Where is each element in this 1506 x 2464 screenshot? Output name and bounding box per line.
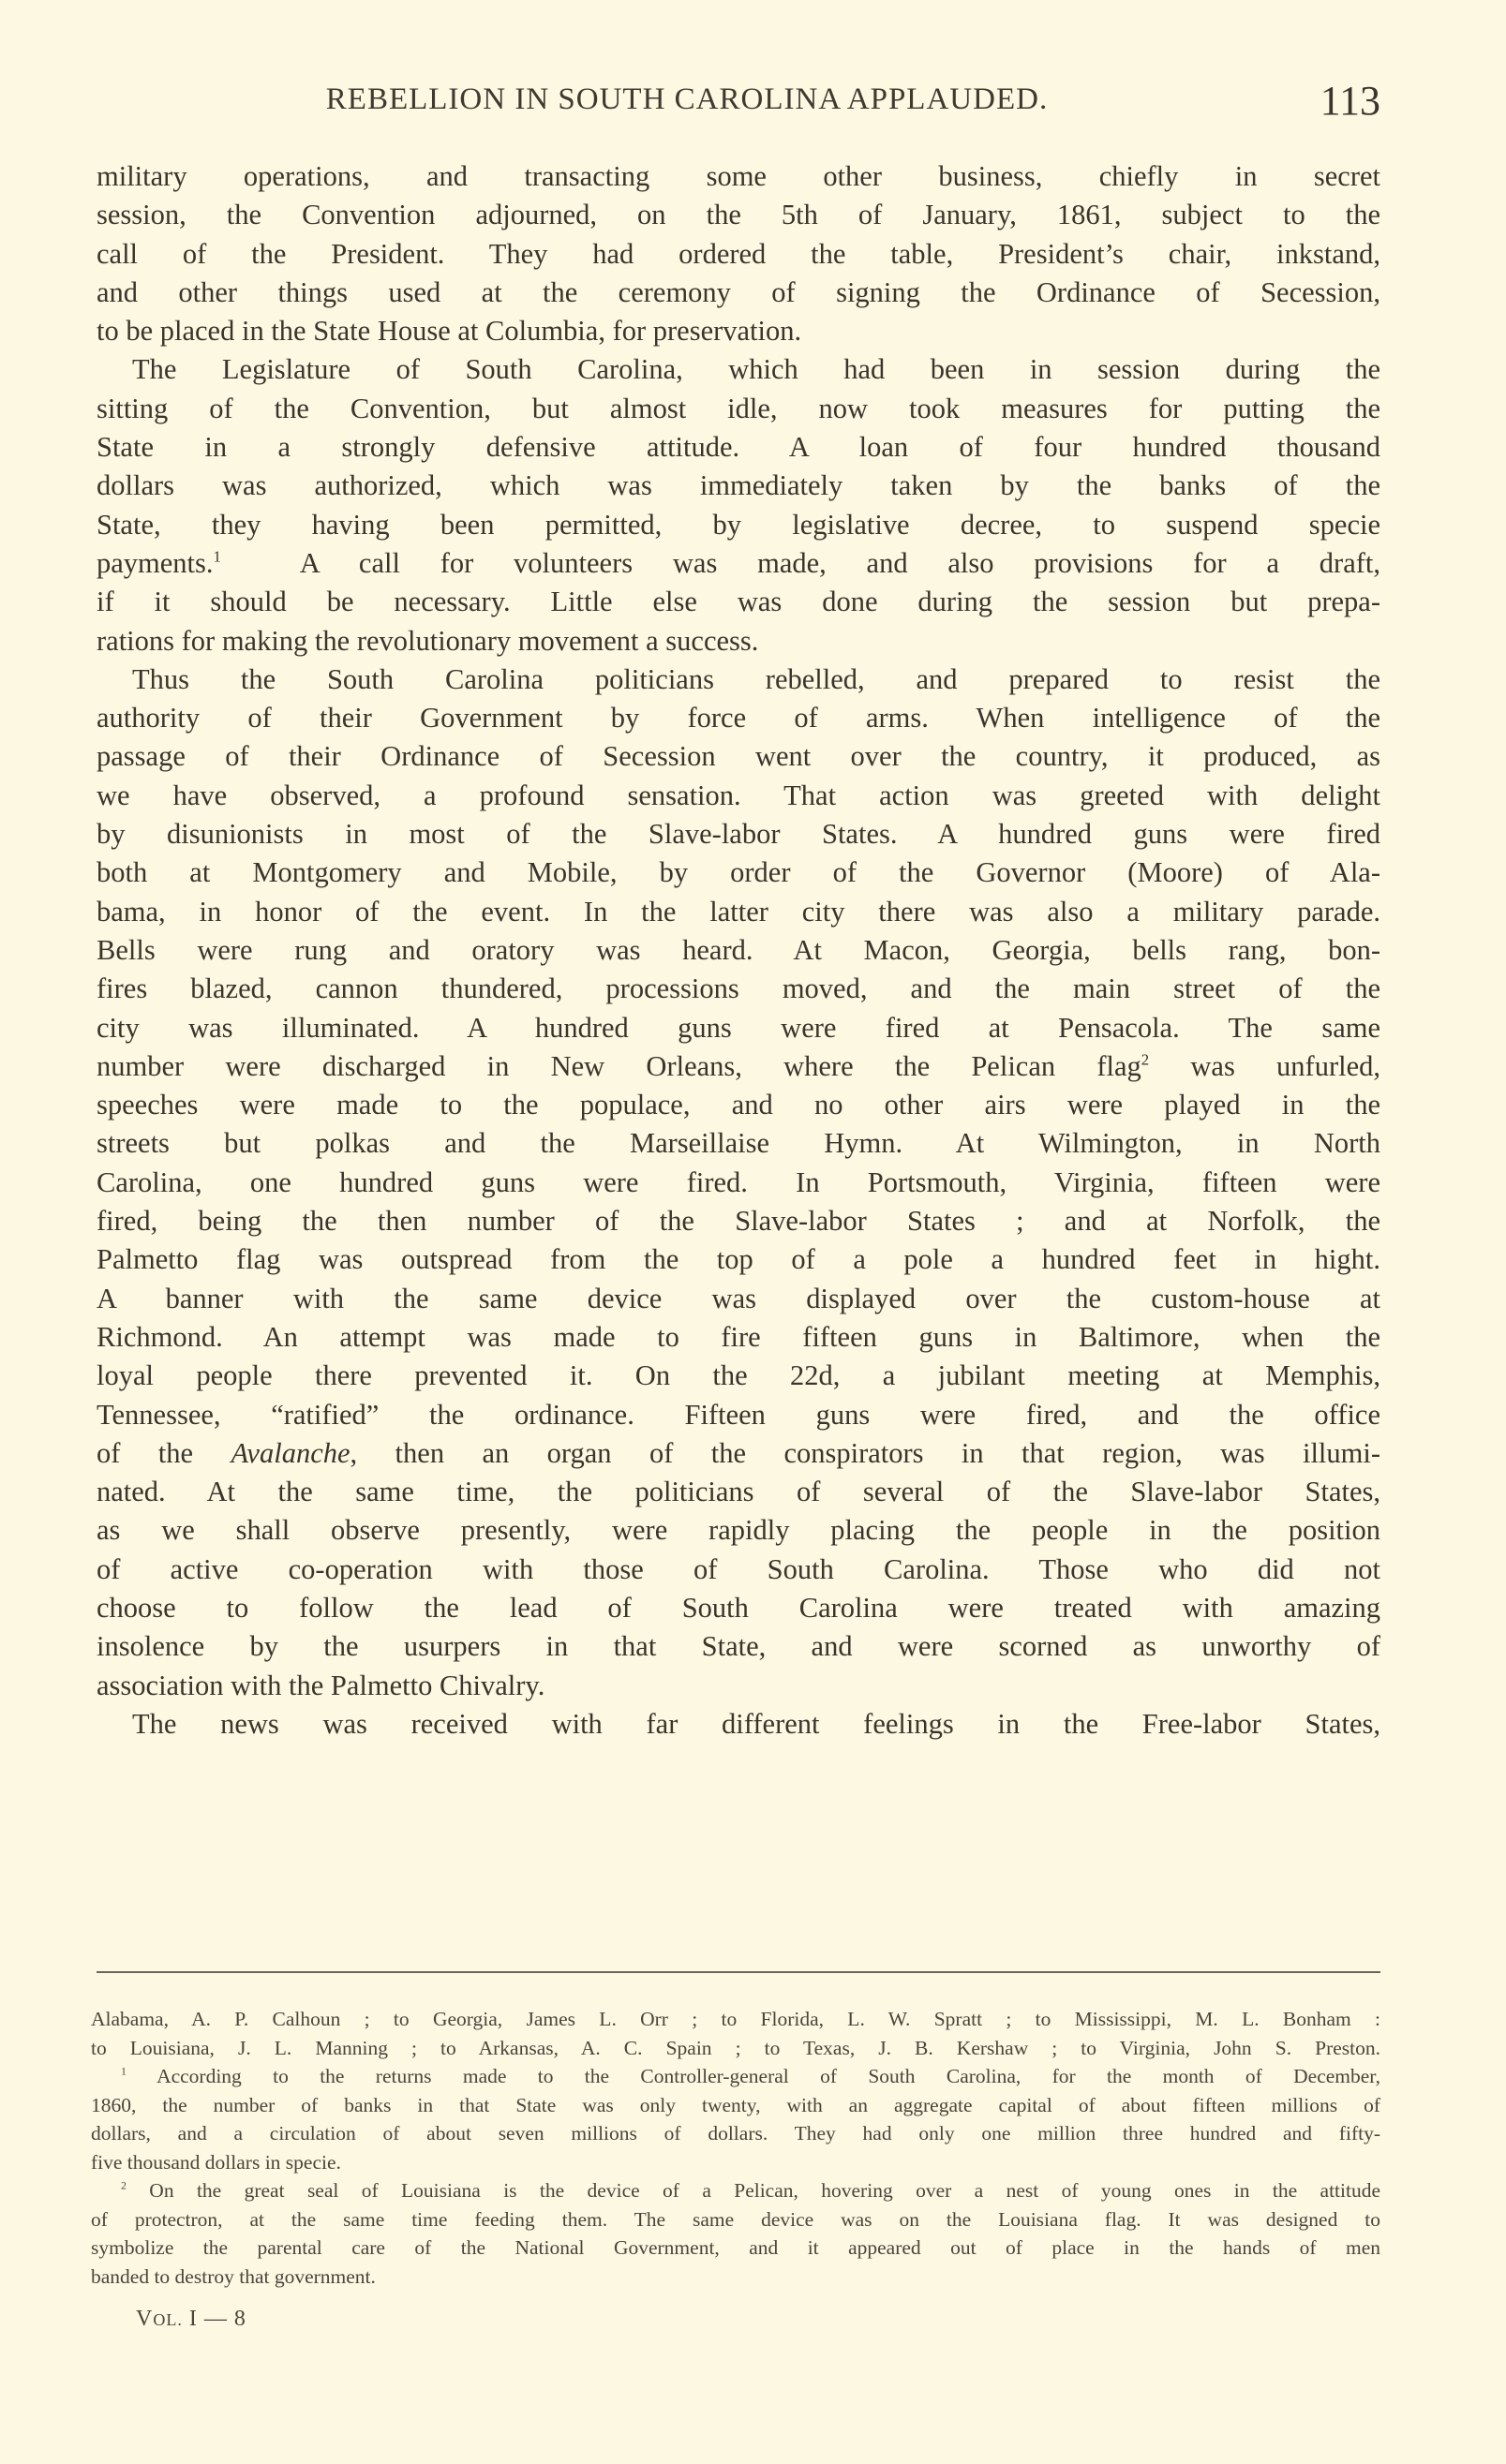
footnote-line: dollars, and a circulation of about seve… bbox=[91, 2119, 1380, 2148]
signature-number: I — 8 bbox=[183, 2307, 246, 2331]
text-line: military operations, and transacting som… bbox=[97, 157, 1380, 196]
footnote-line: 1860, the number of banks in that State … bbox=[91, 2091, 1380, 2120]
footnote-marker-1: 1 bbox=[121, 2065, 127, 2078]
footnote-divider bbox=[97, 1971, 1380, 1973]
text-line: passage of their Ordinance of Secession … bbox=[97, 737, 1380, 776]
text-line: Bells were rung and oratory was heard. A… bbox=[97, 931, 1380, 970]
footnote-line: Alabama, A. P. Calhoun ; to Georgia, Jam… bbox=[91, 2005, 1380, 2034]
text-line: to be placed in the State House at Colum… bbox=[97, 312, 1380, 350]
footnote-line: banded to destroy that government. bbox=[91, 2263, 1380, 2292]
footnote-ref-1[interactable]: 1 bbox=[214, 547, 221, 565]
footnote-1-start: 1 According to the returns made to the C… bbox=[91, 2062, 1380, 2091]
text-fragment: was unfurled, bbox=[1149, 1050, 1380, 1082]
footnote-line: of protectron, at the same time feeding … bbox=[91, 2205, 1380, 2234]
text-line: by disunionists in most of the Slave-lab… bbox=[97, 815, 1380, 853]
footnotes: Alabama, A. P. Calhoun ; to Georgia, Jam… bbox=[91, 2005, 1380, 2291]
text-line: fired, being the then number of the Slav… bbox=[97, 1202, 1380, 1240]
text-line: choose to follow the lead of South Carol… bbox=[97, 1589, 1380, 1627]
paragraph-start: The Legislature of South Carolina, which… bbox=[97, 350, 1380, 389]
text-fragment: , then an organ of the conspirators in t… bbox=[350, 1437, 1380, 1469]
text-line: insolence by the usurpers in that State,… bbox=[97, 1627, 1380, 1666]
footnote-line: symbolize the parental care of the Natio… bbox=[91, 2234, 1380, 2263]
text-line: A banner with the same device was displa… bbox=[97, 1280, 1380, 1318]
footnote-marker-2: 2 bbox=[121, 2179, 127, 2192]
footnote-text: On the great seal of Louisiana is the de… bbox=[149, 2179, 1380, 2202]
signature-ol: OL. bbox=[153, 2310, 183, 2329]
text-line: if it should be necessary. Little else w… bbox=[97, 583, 1380, 621]
text-fragment: of the bbox=[97, 1437, 193, 1469]
text-line: fires blazed, cannon thundered, processi… bbox=[97, 970, 1380, 1008]
text-line: sitting of the Convention, but almost id… bbox=[97, 390, 1380, 428]
text-line: Richmond. An attempt was made to fire fi… bbox=[97, 1318, 1380, 1357]
footnote-line: to Louisiana, J. L. Manning ; to Arkansa… bbox=[91, 2034, 1380, 2063]
text-line: payments.1 A call for volunteers was mad… bbox=[97, 544, 1380, 583]
text-line: and other things used at the ceremony of… bbox=[97, 274, 1380, 312]
text-line: dollars was authorized, which was immedi… bbox=[97, 467, 1380, 505]
text-line: of active co-operation with those of Sou… bbox=[97, 1551, 1380, 1589]
text-line: session, the Convention adjourned, on th… bbox=[97, 196, 1380, 234]
text-line: both at Montgomery and Mobile, by order … bbox=[97, 853, 1380, 892]
text-line: call of the President. They had ordered … bbox=[97, 235, 1380, 274]
text-line: number were discharged in New Orleans, w… bbox=[97, 1047, 1380, 1086]
text-line: Palmetto flag was outspread from the top… bbox=[97, 1240, 1380, 1279]
text-line: streets but polkas and the Marseillaise … bbox=[97, 1124, 1380, 1163]
text-line: State, they having been permitted, by le… bbox=[97, 506, 1380, 544]
signature-mark: VOL. I — 8 bbox=[136, 2307, 246, 2332]
text-line: bama, in honor of the event. In the latt… bbox=[97, 893, 1380, 931]
text-line: city was illuminated. A hundred guns wer… bbox=[97, 1009, 1380, 1047]
signature-v: V bbox=[136, 2307, 153, 2331]
text-line: of the Avalanche, then an organ of the c… bbox=[97, 1434, 1380, 1473]
text-line: association with the Palmetto Chivalry. bbox=[97, 1667, 1380, 1705]
text-line: State in a strongly defensive attitude. … bbox=[97, 428, 1380, 467]
body-text: military operations, and transacting som… bbox=[97, 157, 1380, 1744]
text-line: nated. At the same time, the politicians… bbox=[97, 1473, 1380, 1511]
text-line: rations for making the revolutionary mov… bbox=[97, 622, 1380, 661]
footnote-text: According to the returns made to the Con… bbox=[157, 2065, 1380, 2087]
text-line: we have observed, a profound sensation. … bbox=[97, 777, 1380, 815]
text-line: Tennessee, “ratified” the ordinance. Fif… bbox=[97, 1396, 1380, 1434]
running-title: REBELLION IN SOUTH CAROLINA APPLAUDED. bbox=[97, 82, 1277, 117]
newspaper-title: Avalanche bbox=[231, 1437, 350, 1469]
text-fragment: payments. bbox=[97, 547, 214, 579]
text-line: loyal people there prevented it. On the … bbox=[97, 1357, 1380, 1395]
footnote-line: five thousand dollars in specie. bbox=[91, 2148, 1380, 2177]
running-head: REBELLION IN SOUTH CAROLINA APPLAUDED. 1… bbox=[97, 79, 1380, 126]
text-fragment: A call for volunteers was made, and also… bbox=[221, 547, 1380, 579]
page-number: 113 bbox=[1320, 77, 1380, 125]
footnote-2-start: 2 On the great seal of Louisiana is the … bbox=[91, 2176, 1380, 2205]
text-line: speeches were made to the populace, and … bbox=[97, 1086, 1380, 1124]
text-line: Carolina, one hundred guns were fired. I… bbox=[97, 1164, 1380, 1202]
footnote-ref-2[interactable]: 2 bbox=[1141, 1050, 1149, 1068]
text-line: authority of their Government by force o… bbox=[97, 699, 1380, 737]
paragraph-start: The news was received with far different… bbox=[97, 1705, 1380, 1744]
text-line: as we shall observe presently, were rapi… bbox=[97, 1511, 1380, 1550]
text-fragment: number were discharged in New Orleans, w… bbox=[97, 1050, 1141, 1082]
paragraph-start: Thus the South Carolina politicians rebe… bbox=[97, 661, 1380, 699]
